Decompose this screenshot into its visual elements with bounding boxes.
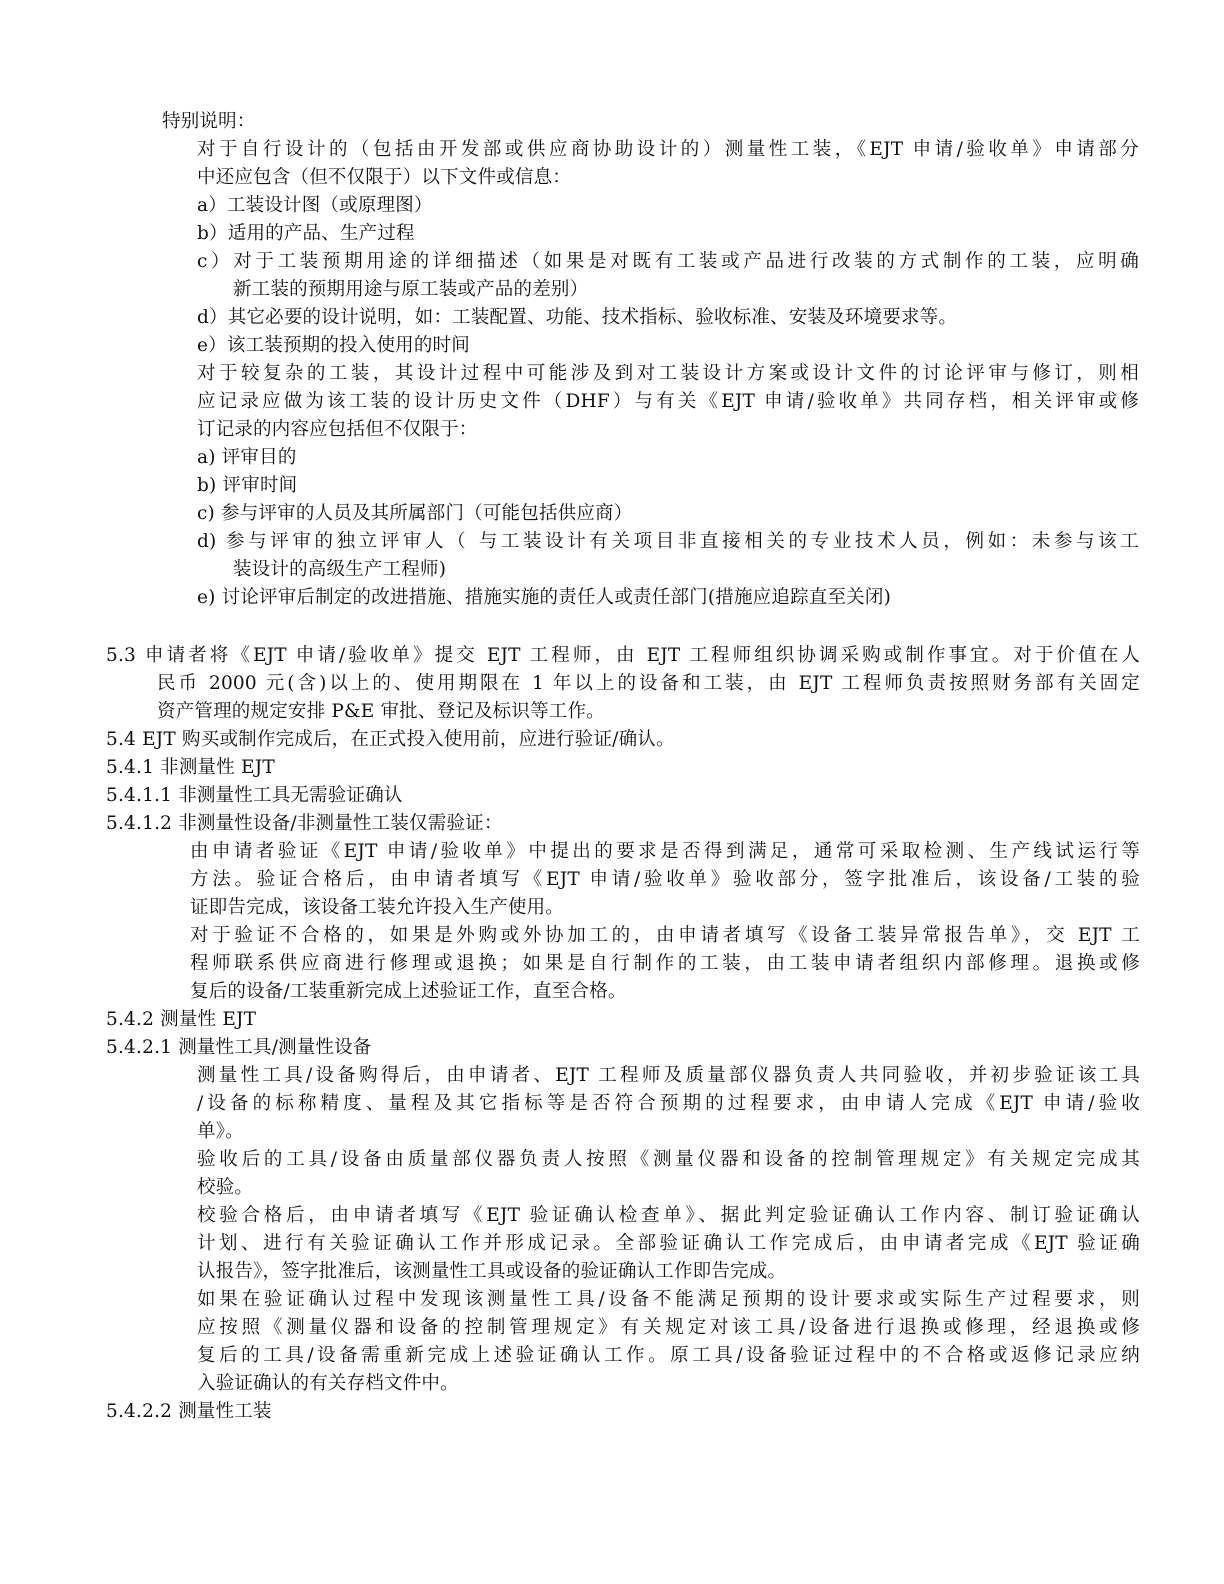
section-5-4-2-1-heading: 5.4.2.1 测量性工具/测量性设备 [106, 1036, 372, 1060]
section-5-4-2-1-body-line-6: 校验合格后，由申请者填写《EJT 验证确认检查单》、据此判定验证确认工作内容、制… [197, 1204, 1140, 1228]
section-5-4-1-heading: 5.4.1 非测量性 EJT [106, 756, 275, 780]
design-item-c-continued: 新工装的预期用途与原工装或产品的差别） [233, 278, 588, 302]
section-5-4-2-heading: 5.4.2 测量性 EJT [106, 1008, 256, 1032]
section-5-4-2-1-body-line-10: 应按照《测量仪器和设备的控制管理规定》有关规定对该工具/设备进行退换或修理，经退… [197, 1316, 1140, 1340]
section-5-4-1-1-heading: 5.4.1.1 非测量性工具无需验证确认 [106, 784, 403, 808]
design-item-b: b）适用的产品、生产过程 [197, 222, 415, 246]
section-5-4-1-2-body-line-3: 证即告完成，该设备工装允许投入生产使用。 [190, 896, 564, 920]
special-note-intro-line-1: 对于自行设计的（包括由开发部或供应商协助设计的）测量性工装，《EJT 申请/验收… [197, 138, 1139, 162]
section-5-4-2-1-body-line-3: 单》。 [197, 1120, 244, 1144]
review-intro-line-2: 应记录应做为该工装的设计历史文件（DHF）与有关《EJT 申请/验收单》共同存档… [197, 390, 1139, 414]
review-item-d: d) 参与评审的独立评审人（ 与工装设计有关项目非直接相关的专业技术人员，例如：… [197, 530, 1139, 554]
design-item-c: c）对于工装预期用途的详细描述（如果是对既有工装或产品进行改装的方式制作的工装，… [197, 250, 1139, 274]
review-item-a: a) 评审目的 [197, 446, 297, 470]
review-intro-line-1: 对于较复杂的工装，其设计过程中可能涉及到对工装设计方案或设计文件的讨论评审与修订… [197, 362, 1139, 386]
section-5-3-line-3: 资产管理的规定安排 P&E 审批、登记及标识等工作。 [157, 700, 605, 724]
section-5-4-1-2-heading: 5.4.1.2 非测量性设备/非测量性工装仅需验证： [106, 812, 503, 836]
section-5-4-1-2-body-line-2: 方法。验证合格后，由申请者填写《EJT 申请/验收单》验收部分，签字批准后，该设… [190, 868, 1140, 892]
section-5-4-2-1-body-line-4: 验收后的工具/设备由质量部仪器负责人按照《测量仪器和设备的控制管理规定》有关规定… [197, 1148, 1140, 1172]
section-5-4-1-2-body-line-4: 对于验证不合格的，如果是外购或外协加工的，由申请者填写《设备工装异常报告单》，交… [190, 924, 1140, 948]
section-5-3-line-2: 民币 2000 元(含)以上的、使用期限在 1 年以上的设备和工装，由 EJT … [157, 672, 1140, 696]
review-item-e: e) 讨论评审后制定的改进措施、措施实施的责任人或责任部门(措施应追踪直至关闭) [197, 586, 891, 610]
section-5-4-2-1-body-line-7: 计划、进行有关验证确认工作并形成记录。全部验证确认工作完成后，由申请者完成《EJ… [197, 1232, 1140, 1256]
section-5-4-2-1-body-line-9: 如果在验证确认过程中发现该测量性工具/设备不能满足预期的设计要求或实际生产过程要… [197, 1288, 1140, 1312]
review-item-d-continued: 装设计的高级生产工程师) [233, 558, 446, 582]
design-item-e: e）该工装预期的投入使用的时间 [197, 334, 470, 358]
section-5-4-2-1-body-line-11: 复后的工具/设备需重新完成上述验证确认工作。原工具/设备验证过程中的不合格或返修… [197, 1344, 1140, 1368]
design-item-a: a）工装设计图（或原理图） [197, 194, 433, 218]
section-5-4-2-1-body-line-5: 校验。 [197, 1176, 253, 1200]
document-page: 特别说明： 对于自行设计的（包括由开发部或供应商协助设计的）测量性工装，《EJT… [0, 0, 1224, 1584]
section-5-4-2-2-heading: 5.4.2.2 测量性工装 [106, 1400, 272, 1424]
special-note-title: 特别说明： [162, 110, 256, 134]
section-5-4-1-2-body-line-6: 复后的设备/工装重新完成上述验证工作，直至合格。 [190, 980, 627, 1004]
section-5-4-2-1-body-line-2: /设备的标称精度、量程及其它指标等是否符合预期的过程要求，由申请人完成《EJT … [197, 1092, 1140, 1116]
review-intro-line-3: 订记录的内容应包括但不仅限于： [197, 418, 478, 442]
section-5-4-1-2-body-line-5: 程师联系供应商进行修理或退换；如果是自行制作的工装，由工装申请者组织内部修理。退… [190, 952, 1140, 976]
design-item-d: d）其它必要的设计说明，如：工装配置、功能、技术指标、验收标准、安装及环境要求等… [197, 306, 957, 330]
section-5-4-2-1-body-line-1: 测量性工具/设备购得后，由申请者、EJT 工程师及质量部仪器负责人共同验收，并初… [197, 1064, 1140, 1088]
section-5-4-1-2-body-line-1: 由申请者验证《EJT 申请/验收单》中提出的要求是否得到满足，通常可采取检测、生… [190, 840, 1140, 864]
section-5-4-heading: 5.4 EJT 购买或制作完成后，在正式投入使用前，应进行验证/确认。 [106, 728, 675, 752]
review-item-b: b) 评审时间 [197, 474, 297, 498]
special-note-intro-line-2: 中还应包含（但不仅限于）以下文件或信息： [197, 166, 571, 190]
review-item-c: c) 参与评审的人员及其所属部门（可能包括供应商） [197, 502, 632, 526]
section-5-4-2-1-body-line-8: 认报告》，签字批准后，该测量性工具或设备的验证确认工作即告完成。 [197, 1260, 786, 1284]
section-5-3-line-1: 5.3 申请者将《EJT 申请/验收单》提交 EJT 工程师，由 EJT 工程师… [106, 644, 1140, 668]
section-5-4-2-1-body-line-12: 入验证确认的有关存档文件中。 [197, 1372, 459, 1396]
